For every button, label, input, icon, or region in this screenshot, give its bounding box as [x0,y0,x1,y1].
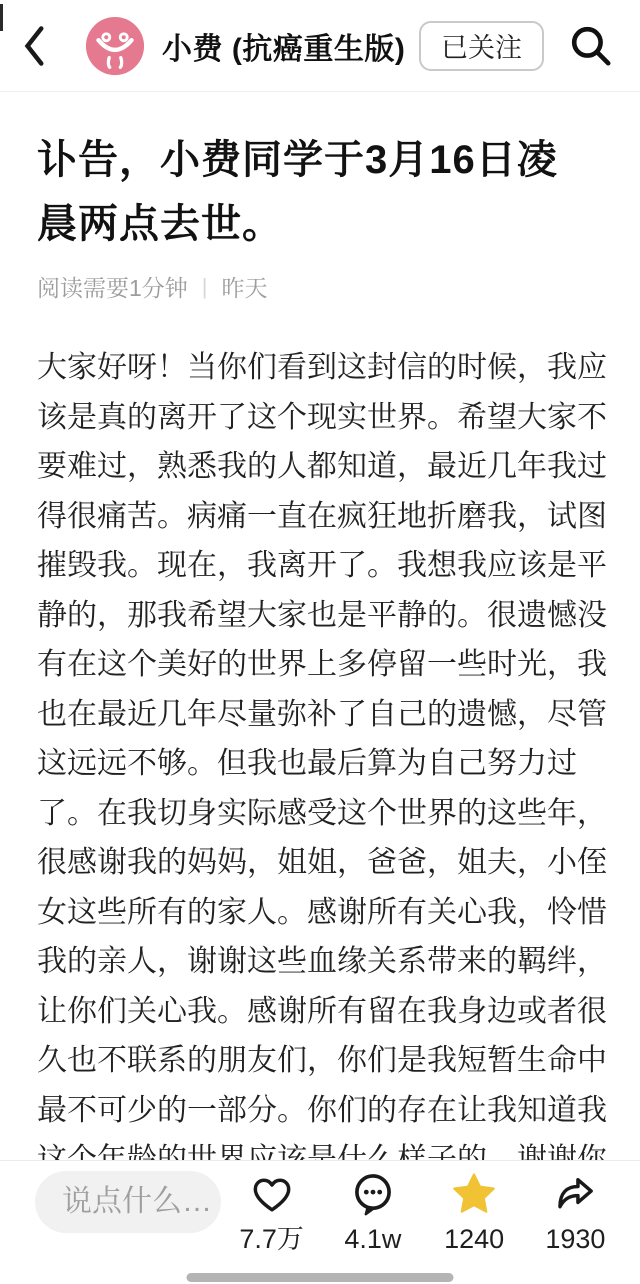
share-button[interactable]: 1930 [525,1169,626,1253]
search-icon [567,22,615,70]
comment-input[interactable] [35,1171,221,1233]
publish-date: 昨天 [222,270,268,303]
comment-button[interactable]: 4.1w [322,1169,423,1253]
favorite-count: 1240 [444,1226,504,1253]
read-time: 阅读需要1分钟 [37,270,188,303]
bottom-bar-row: 7.7万 4.1w [0,1161,640,1253]
home-indicator[interactable] [187,1273,454,1282]
like-count: 7.7万 [239,1226,304,1253]
share-count: 1930 [545,1226,605,1253]
comment-count: 4.1w [344,1226,401,1253]
favorite-button[interactable]: 1240 [424,1169,525,1253]
article-title: 讣告，小费同学于3月16日凌 晨两点去世。 [37,128,636,256]
article-body: 大家好呀！当你们看到这封信的时候，我应 该是真的离开了这个现实世界。希望大家不 … [37,343,636,1185]
like-button[interactable]: 7.7万 [221,1169,322,1253]
follow-button[interactable]: 已关注 [419,21,544,71]
search-button[interactable] [566,21,616,71]
top-nav-bar: 小费 (抗癌重生版) 已关注 [0,0,640,92]
screen: 小费 (抗癌重生版) 已关注 讣告，小费同学于3月16日凌 晨两点去世。 阅读需… [0,0,640,1284]
account-name: 小费 (抗癌重生版) [162,24,405,68]
bottom-action-bar: 7.7万 4.1w [0,1160,640,1284]
share-arrow-icon [552,1169,598,1219]
article-meta: 阅读需要1分钟 | 昨天 [37,270,636,303]
meta-separator: | [202,274,208,300]
heart-icon [249,1169,295,1219]
comment-bubble-icon [350,1169,396,1219]
star-icon [448,1169,500,1219]
chevron-left-icon [20,23,50,69]
avatar[interactable] [84,15,146,77]
screen-edge-artifact [0,4,3,31]
article: 讣告，小费同学于3月16日凌 晨两点去世。 阅读需要1分钟 | 昨天 大家好呀！… [0,92,640,1185]
back-button[interactable] [20,18,62,74]
